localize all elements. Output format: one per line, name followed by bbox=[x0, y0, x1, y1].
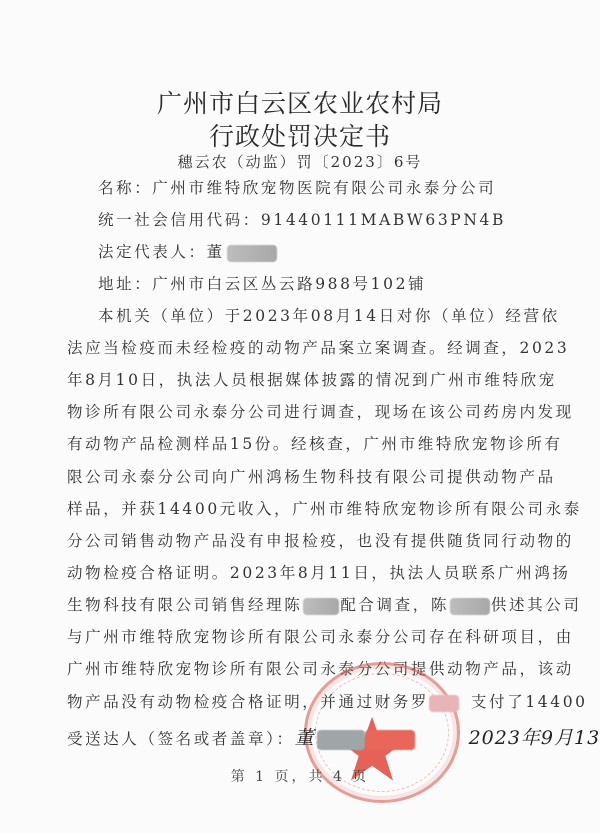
document-number: 穗云农（动监）罚〔2023〕6号 bbox=[0, 151, 600, 172]
body-line: 与广州市维特欣宠物诊所有限公司永泰分公司存在科研项目，由 bbox=[67, 627, 537, 647]
legal-rep-label: 法定代表人：董 bbox=[98, 243, 225, 261]
body-line: 物诊所有限公司永泰分公司进行调查，现场在该公司药房内发现 bbox=[67, 402, 537, 422]
body-line: 年8月10日，执法人员根据媒体披露的情况到广州市维特欣宠 bbox=[67, 370, 537, 390]
body-text: 物产品没有动物检疫合格证明，并通过财务罗 bbox=[67, 693, 429, 711]
redaction-block bbox=[317, 730, 365, 750]
credit-code: 统一社会信用代码：91440111MABW63PN4B bbox=[98, 210, 568, 230]
penalty-decision-page: 广州市白云区农业农村局 行政处罚决定书 穗云农（动监）罚〔2023〕6号 名称：… bbox=[0, 0, 600, 833]
body-line: 有动物产品检测样品15份。经核查，广州市维特欣宠物诊所有 bbox=[67, 434, 537, 454]
redaction-block bbox=[365, 730, 415, 750]
redaction-block bbox=[450, 598, 490, 615]
signature: 董 bbox=[295, 727, 315, 749]
address: 地址：广州市白云区丛云路988号102铺 bbox=[98, 274, 568, 294]
redaction-block bbox=[227, 245, 277, 262]
body-line: 限公司永泰分公司向广州鸿杨生物科技有限公司提供动物产品 bbox=[67, 467, 537, 487]
body-line: 样品，并获14400元收入，广州市维特欣宠物诊所有限公司永泰 bbox=[67, 499, 537, 519]
body-text: 配合调查，陈 bbox=[340, 596, 449, 614]
document-type-title: 行政处罚决定书 bbox=[0, 117, 600, 153]
recipient-label: 受送达人（签名或者盖章）： bbox=[67, 730, 295, 748]
body-line: 分公司销售动物产品没有申报检疫，也没有提供随货同行动物的 bbox=[67, 531, 537, 551]
handwritten-date: 2023年9月13日 bbox=[469, 727, 600, 749]
redaction-block bbox=[303, 598, 339, 615]
body-line-redacted: 生物科技有限公司销售经理陈配合调查，陈供述其公司 bbox=[67, 595, 537, 615]
redaction-block bbox=[429, 695, 459, 712]
body-line: 广州市维特欣宠物诊所有限公司永泰分公司提供动物产品，该动 bbox=[67, 659, 537, 679]
body-text: 支付了14400 bbox=[471, 693, 588, 711]
body-line: 动物检疫合格证明。2023年8月11日，执法人员联系广州鸿扬 bbox=[67, 563, 537, 583]
recipient-signature-line: 受送达人（签名或者盖章）：董2023年9月13日 bbox=[67, 728, 537, 750]
body-text: 生物科技有限公司销售经理陈 bbox=[67, 596, 302, 614]
entity-name: 名称：广州市维特欣宠物医院有限公司永泰分公司 bbox=[98, 178, 568, 198]
issuing-authority-title: 广州市白云区农业农村局 bbox=[0, 84, 600, 120]
body-line: 法应当检疫而未经检疫的动物产品案立案调查。经调查，2023 bbox=[67, 338, 537, 358]
body-text: 供述其公司 bbox=[491, 596, 582, 614]
legal-representative: 法定代表人：董 bbox=[98, 242, 568, 262]
body-line-redacted: 物产品没有动物检疫合格证明，并通过财务罗支付了14400 bbox=[67, 692, 537, 712]
page-number: 第 1 页，共 4 页 bbox=[0, 766, 600, 786]
body-line: 本机关（单位）于2023年08月14日对你（单位）经营依 bbox=[98, 306, 568, 326]
